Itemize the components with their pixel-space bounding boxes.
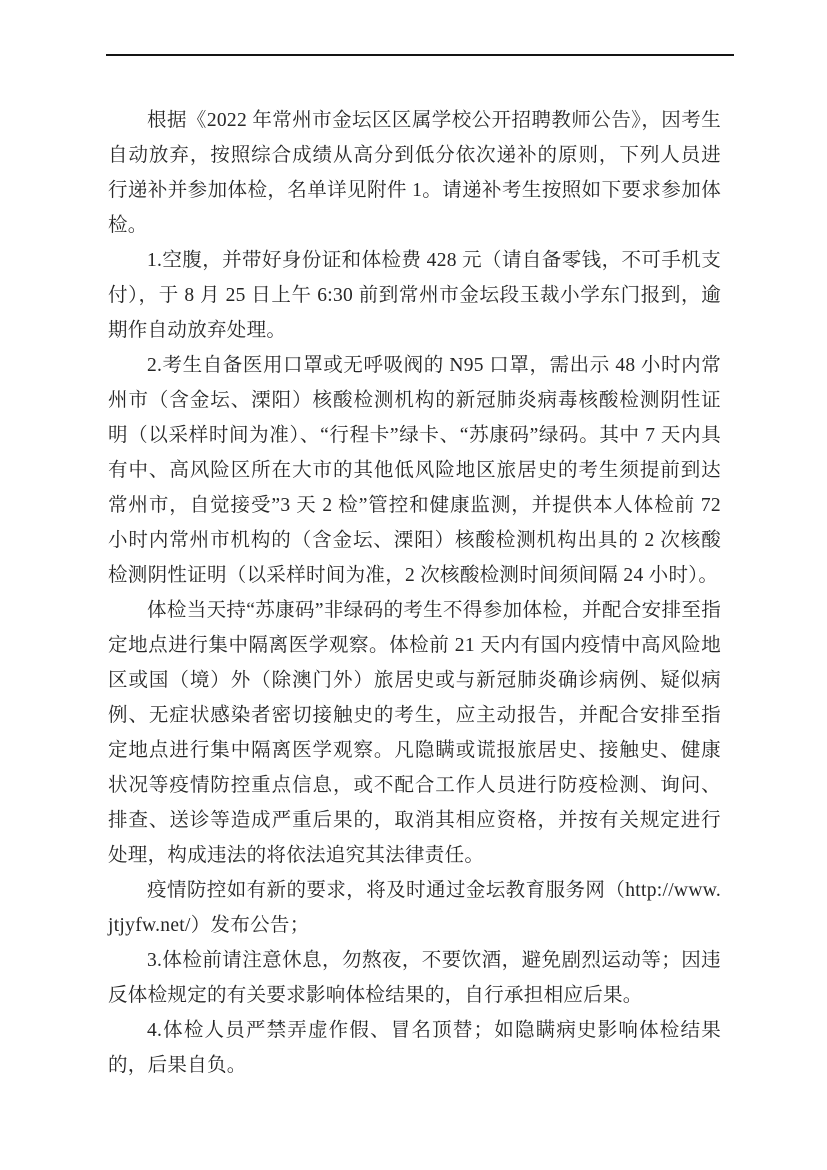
paragraph-item-4: 4.体检人员严禁弄虚作假、冒名顶替；如隐瞒病史影响体检结果的，后果自负。 [108,1013,721,1083]
paragraph-quarantine-rules: 体检当天持“苏康码”非绿码的考生不得参加体检，并配合安排至指定地点进行集中隔离医… [108,593,721,873]
document-body: 根据《2022 年常州市金坛区区属学校公开招聘教师公告》，因考生自动放弃，按照综… [108,103,721,1083]
document-page: 根据《2022 年常州市金坛区区属学校公开招聘教师公告》，因考生自动放弃，按照综… [0,0,827,1170]
paragraph-item-3: 3.体检前请注意休息，勿熬夜，不要饮酒，避免剧烈运动等；因违反体检规定的有关要求… [108,943,721,1013]
header-separator-rule [106,54,734,56]
paragraph-intro: 根据《2022 年常州市金坛区区属学校公开招聘教师公告》，因考生自动放弃，按照综… [108,103,721,243]
paragraph-item-1: 1.空腹，并带好身份证和体检费 428 元（请自备零钱，不可手机支付），于 8 … [108,243,721,348]
paragraph-item-2: 2.考生自备医用口罩或无呼吸阀的 N95 口罩，需出示 48 小时内常州市（含金… [108,348,721,593]
paragraph-epidemic-updates: 疫情防控如有新的要求，将及时通过金坛教育服务网（http://www.jtjyf… [108,873,721,943]
